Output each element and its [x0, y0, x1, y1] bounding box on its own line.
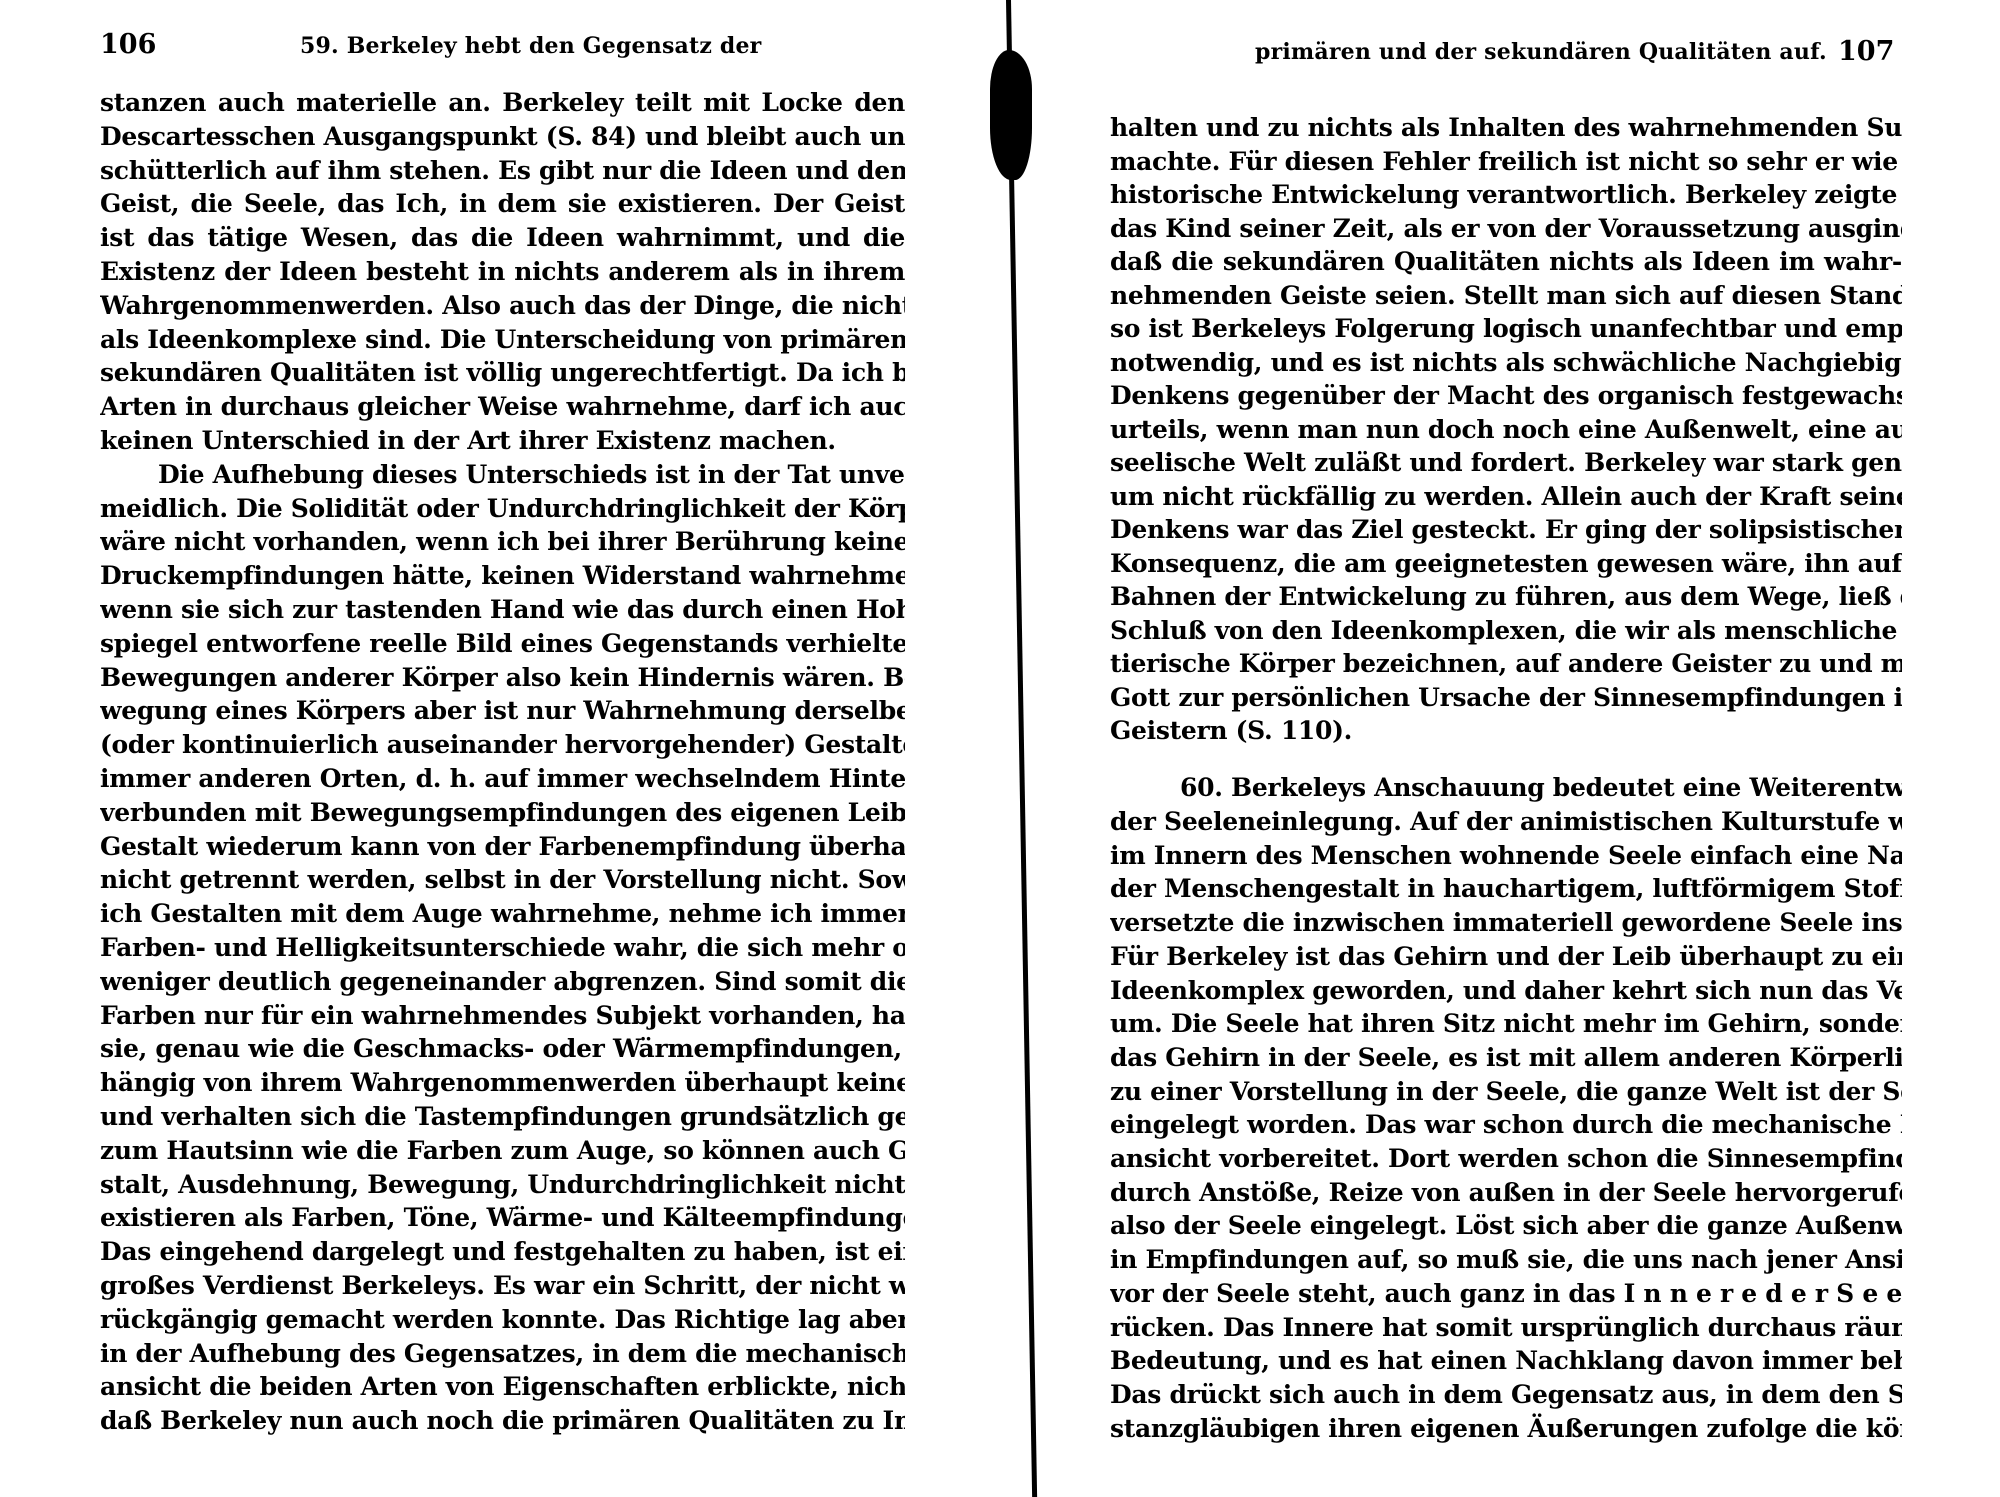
- text-line: (oder kontinuierlich auseinander hervorg…: [100, 728, 905, 762]
- text-line: verbunden mit Bewegungsempfindungen des …: [100, 796, 905, 830]
- text-line: das Gehirn in der Seele, es ist mit alle…: [1110, 1041, 1902, 1075]
- page-107: primären und der sekundären Qualitäten a…: [1030, 0, 2000, 1497]
- text-line: Existenz der Ideen besteht in nichts and…: [100, 255, 905, 289]
- text-line: urteils, wenn man nun doch noch eine Auß…: [1110, 413, 1902, 447]
- text-line: Druckempfindungen hätte, keinen Widersta…: [100, 559, 905, 593]
- text-line: Denkens gegenüber der Macht des organisc…: [1110, 379, 1902, 413]
- text-line: hängig von ihrem Wahrgenommenwerden über…: [100, 1066, 905, 1100]
- text-line: daß die sekundären Qualitäten nichts als…: [1110, 245, 1902, 279]
- gutter-ink-blot: [990, 50, 1032, 180]
- text-line: vor der Seele steht, auch ganz in das I …: [1110, 1277, 1902, 1311]
- text-line: spiegel entworfene reelle Bild eines Geg…: [100, 627, 905, 661]
- text-line: keinen Unterschied in der Art ihrer Exis…: [100, 424, 905, 458]
- text-line: Geist, die Seele, das Ich, in dem sie ex…: [100, 187, 905, 221]
- page-106: 106 59. Berkeley hebt den Gegensatz der …: [0, 0, 990, 1497]
- section-60-first-line: Berkeleys Anschauung bedeutet eine Weite…: [1231, 773, 1902, 802]
- text-line: Schluß von den Ideenkomplexen, die wir a…: [1110, 614, 1902, 648]
- text-line: nicht getrennt werden, selbst in der Vor…: [100, 863, 905, 897]
- text-line: rücken. Das Innere hat somit ursprünglic…: [1110, 1311, 1902, 1345]
- text-line: existieren als Farben, Töne, Wärme- und …: [100, 1201, 905, 1235]
- text-line: Bahnen der Entwickelung zu führen, aus d…: [1110, 580, 1902, 614]
- text-line: in Empfindungen auf, so muß sie, die uns…: [1110, 1243, 1902, 1277]
- text-line: stalt, Ausdehnung, Bewegung, Undurchdrin…: [100, 1168, 905, 1202]
- text-line: das Kind seiner Zeit, als er von der Vor…: [1110, 212, 1902, 246]
- text-line: historische Entwickelung verantwortlich.…: [1110, 178, 1902, 212]
- text-line: halten und zu nichts als Inhalten des wa…: [1110, 111, 1902, 145]
- text-line: als Ideenkomplexe sind. Die Unterscheidu…: [100, 323, 905, 357]
- text-line: ich Gestalten mit dem Auge wahrnehme, ne…: [100, 897, 905, 931]
- text-line: meidlich. Die Solidität oder Undurchdrin…: [100, 492, 905, 526]
- text-line: Ideenkomplex geworden, und daher kehrt s…: [1110, 974, 1902, 1008]
- text-line: Denkens war das Ziel gesteckt. Er ging d…: [1110, 513, 1902, 547]
- running-head: 59. Berkeley hebt den Gegensatz der: [300, 31, 761, 61]
- text-line: der Menschengestalt in hauchartigem, luf…: [1110, 872, 1902, 906]
- text-line: weniger deutlich gegeneinander abgrenzen…: [100, 965, 905, 999]
- text-line: ansicht vorbereitet. Dort werden schon d…: [1110, 1142, 1902, 1176]
- text-line: sekundären Qualitäten ist völlig ungerec…: [100, 356, 905, 390]
- text-line: Für Berkeley ist das Gehirn und der Leib…: [1110, 940, 1902, 974]
- running-head: primären und der sekundären Qualitäten a…: [1255, 37, 1827, 67]
- text-line: Arten in durchaus gleicher Weise wahrneh…: [100, 390, 905, 424]
- text-line: tierische Körper bezeichnen, auf andere …: [1110, 647, 1902, 681]
- text-line: Das eingehend dargelegt und festgehalten…: [100, 1235, 905, 1269]
- text-line: nehmenden Geiste seien. Stellt man sich …: [1110, 279, 1902, 313]
- text-line: um nicht rückfällig zu werden. Allein au…: [1110, 480, 1902, 514]
- text-line: Gestalt wiederum kann von der Farbenempf…: [100, 830, 905, 864]
- text-line: und verhalten sich die Tastempfindungen …: [100, 1100, 905, 1134]
- text-line: daß Berkeley nun auch noch die primären …: [100, 1404, 905, 1438]
- text-line: Descartesschen Ausgangspunkt (S. 84) und…: [100, 120, 905, 154]
- text-line: ansicht die beiden Arten von Eigenschaft…: [100, 1370, 905, 1404]
- text-line: stanzen auch materielle an. Berkeley tei…: [100, 86, 905, 120]
- text-line: in der Aufhebung des Gegensatzes, in dem…: [100, 1337, 905, 1371]
- text-line: ist das tätige Wesen, das die Ideen wahr…: [100, 221, 905, 255]
- text-line: rückgängig gemacht werden konnte. Das Ri…: [100, 1303, 905, 1337]
- section-60-heading-line: 60. Berkeleys Anschauung bedeutet eine W…: [1110, 771, 1902, 805]
- text-line: zum Hautsinn wie die Farben zum Auge, so…: [100, 1134, 905, 1168]
- text-line: wegung eines Körpers aber ist nur Wahrne…: [100, 694, 905, 728]
- text-line: wenn sie sich zur tastenden Hand wie das…: [100, 593, 905, 627]
- text-line: versetzte die inzwischen immateriell gew…: [1110, 906, 1902, 940]
- text-line: notwendig, und es ist nichts als schwäch…: [1110, 346, 1902, 380]
- text-line: Farben nur für ein wahrnehmendes Subjekt…: [100, 999, 905, 1033]
- text-line: Die Aufhebung dieses Unterschieds ist in…: [100, 458, 905, 492]
- section-number: 60.: [1180, 773, 1223, 802]
- text-line: Wahrgenommenwerden. Also auch das der Di…: [100, 289, 905, 323]
- text-line: Bewegungen anderer Körper also kein Hind…: [100, 661, 905, 695]
- text-line: Farben- und Helligkeitsunterschiede wahr…: [100, 931, 905, 965]
- text-line: eingelegt worden. Das war schon durch di…: [1110, 1108, 1902, 1142]
- text-line: machte. Für diesen Fehler freilich ist n…: [1110, 145, 1902, 179]
- text-line: sie, genau wie die Geschmacks- oder Wärm…: [100, 1032, 905, 1066]
- text-line: durch Anstöße, Reize von außen in der Se…: [1110, 1176, 1902, 1210]
- text-line: Konsequenz, die am geeignetesten gewesen…: [1110, 547, 1902, 581]
- page-number: 107: [1838, 37, 1894, 67]
- page-number: 106: [100, 30, 156, 60]
- text-line: immer anderen Orten, d. h. auf immer wec…: [100, 762, 905, 796]
- text-line: seelische Welt zuläßt und fordert. Berke…: [1110, 446, 1902, 480]
- text-line: im Innern des Menschen wohnende Seele ei…: [1110, 839, 1902, 873]
- text-line: der Seeleneinlegung. Auf der animistisch…: [1110, 805, 1902, 839]
- text-line: stanzgläubigen ihren eigenen Äußerungen …: [1110, 1412, 1902, 1446]
- text-line: zu einer Vorstellung in der Seele, die g…: [1110, 1075, 1902, 1109]
- text-line: um. Die Seele hat ihren Sitz nicht mehr …: [1110, 1007, 1902, 1041]
- text-line: Gott zur persönlichen Ursache der Sinnes…: [1110, 681, 1902, 715]
- text-line: wäre nicht vorhanden, wenn ich bei ihrer…: [100, 525, 905, 559]
- text-line: so ist Berkeleys Folgerung logisch unanf…: [1110, 312, 1902, 346]
- text-line: großes Verdienst Berkeleys. Es war ein S…: [100, 1269, 905, 1303]
- text-line: also der Seele eingelegt. Löst sich aber…: [1110, 1209, 1902, 1243]
- text-line: Geistern (S. 110).: [1110, 714, 1902, 748]
- text-line: Das drückt sich auch in dem Gegensatz au…: [1110, 1378, 1902, 1412]
- text-line: Bedeutung, und es hat einen Nachklang da…: [1110, 1344, 1902, 1378]
- text-line: schütterlich auf ihm stehen. Es gibt nur…: [100, 154, 905, 188]
